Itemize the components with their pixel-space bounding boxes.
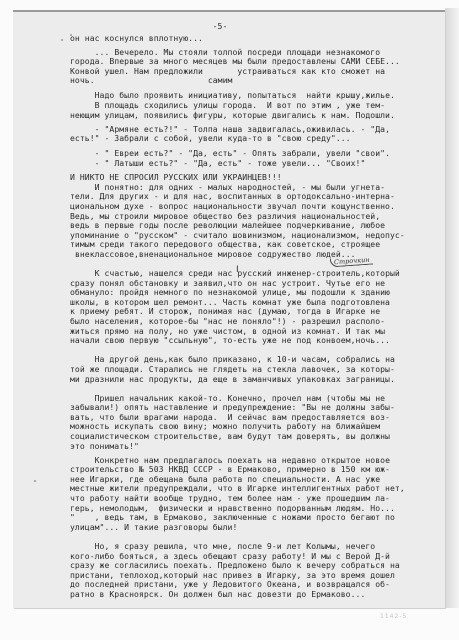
scan-speck [61,39,63,41]
dialogue-jews: - " Евреи есть?" - "Да, есть" - Опять за… [70,149,440,159]
paragraph-3: В площадь сходились улицы города. И вот … [70,101,440,120]
paragraph-2: Надо было проявить инициативу, попытатьс… [70,91,440,101]
paragraph-12: Конкретно нам предлагалось поехать на не… [70,456,440,533]
page-number: -5- [70,22,440,32]
dialogue-armenians: - "Армяне есть?!" - Толпа наша задвигала… [70,125,440,144]
scan-speck [34,480,36,482]
paragraph-1: ... Вечерело. Мы стояли толпой посреди п… [70,48,440,86]
paragraph-0: он нас коснулся вплотную... [70,34,440,44]
page-edge-shadow [445,8,459,608]
paragraph-13: Но, я сразу решила, что мне, после 9-и л… [70,542,440,600]
document-body: -5- он нас коснулся вплотную... ... Вече… [70,20,440,604]
paragraph-10: На другой день,как было приказано, к 10-… [70,355,440,384]
insertion-caret-mark: I [236,265,239,275]
paragraph-11: Пришел начальник какой-то. Конечно, проч… [70,394,440,452]
scanned-document: -5- он нас коснулся вплотную... ... Вече… [0,0,459,640]
dialogue-latvians: - " Латыши есть?" - "Да, есть" - тоже ув… [70,159,440,169]
paragraph-8: И понятно: для одних - малых народностей… [70,183,440,260]
paragraph-9: К счастью, нашелся среди нас русский инж… [70,269,440,346]
archive-stamp: 1142-5 [380,613,407,620]
